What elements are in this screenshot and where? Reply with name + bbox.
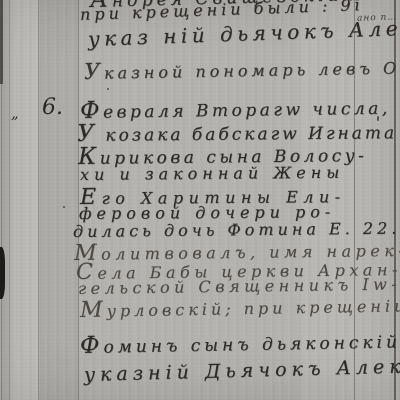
page-edge-line	[1, 0, 2, 400]
handwritten-line: Февраля Вторагw числа,	[80, 95, 391, 123]
column-rule	[38, 0, 39, 400]
handwritten-line: хи и законнай Жены	[80, 165, 344, 183]
handwritten-line: дилась дочь Фотина Е. 22.	[73, 221, 400, 240]
entry-number: 6.	[42, 95, 63, 120]
column-rule	[9, 0, 10, 400]
paper-light-band	[11, 0, 38, 400]
scanned-register-page: Андрея Свищевскій… при крещеніи были : 9…	[0, 0, 400, 400]
marginal-note: ано п…	[357, 12, 398, 23]
handwritten-line: Фоминъ сынъ дьяконскій.	[80, 328, 400, 357]
handwritten-line: гельской Священникъ Іw-	[78, 276, 400, 297]
column-rule	[78, 0, 79, 400]
ink-blot	[0, 247, 5, 299]
paper-shade-band	[40, 0, 78, 400]
ditto-mark: „	[11, 104, 20, 122]
ink-speck	[107, 88, 109, 90]
ink-speck	[63, 206, 65, 208]
